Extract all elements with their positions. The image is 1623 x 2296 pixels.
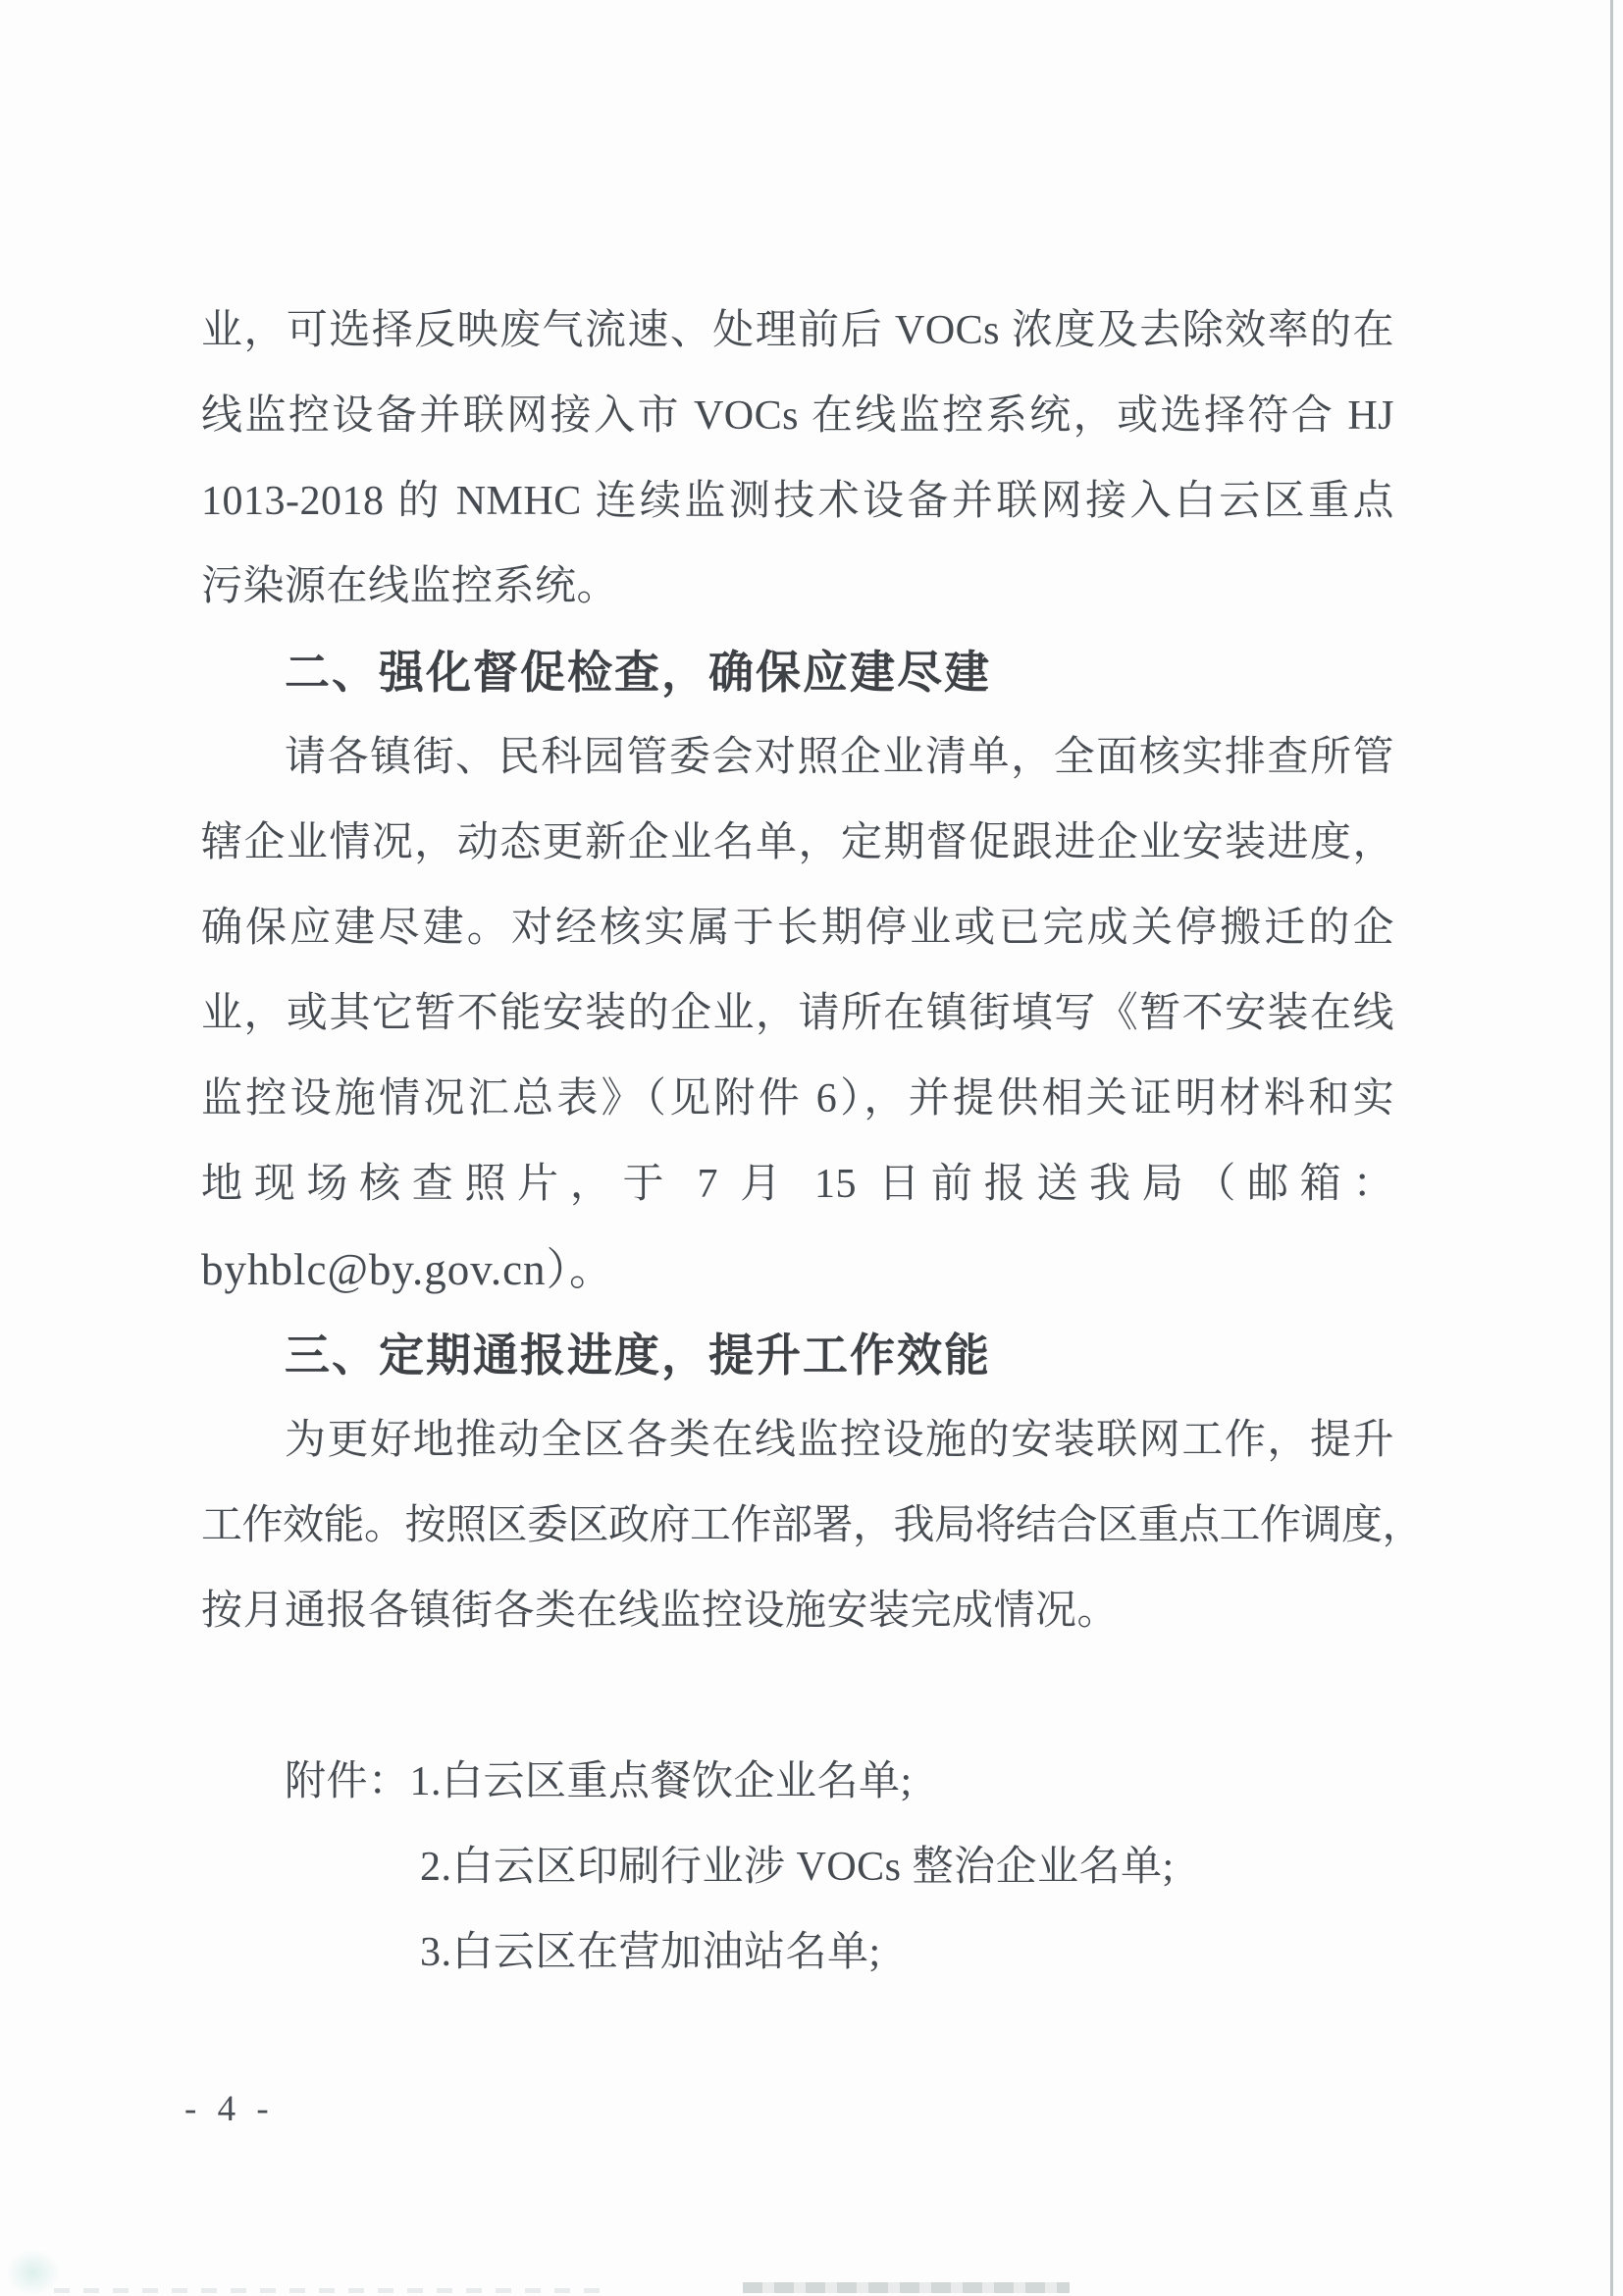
doc-line: 污染源在线监控系统。 — [201, 545, 1394, 630]
scan-edge-artifact — [1610, 0, 1613, 2296]
doc-line: 辖企业情况，动态更新企业名单，定期督促跟进企业安装进度， — [201, 801, 1394, 886]
doc-line: 业，可选择反映废气流速、处理前后 VOCs 浓度及去除效率的在 — [201, 288, 1394, 374]
doc-line: 监控设施情况汇总表》（见附件 6），并提供相关证明材料和实 — [201, 1057, 1394, 1142]
scan-smudge-artifact — [6, 2249, 60, 2296]
scan-bottom-artifact — [743, 2282, 1070, 2293]
document-body: 业，可选择反映废气流速、处理前后 VOCs 浓度及去除效率的在 线监控设备并联网… — [201, 288, 1394, 1996]
attachment-item: 3.白云区在营加油站名单; — [201, 1910, 1394, 1996]
doc-line: 1013-2018 的 NMHC 连续监测技术设备并联网接入白云区重点 — [201, 459, 1394, 545]
attachment-item: 2.白云区印刷行业涉 VOCs 整治企业名单; — [201, 1825, 1394, 1910]
doc-line: 工作效能。按照区委区政府工作部署，我局将结合区重点工作调度， — [201, 1484, 1394, 1569]
scan-bottom-artifact — [54, 2288, 603, 2293]
email-line: byhblc@by.gov.cn）。 — [201, 1227, 1394, 1313]
attachment-label-line: 附件：1.白云区重点餐饮企业名单; — [201, 1740, 1394, 1825]
page-number: - 4 - — [184, 2088, 275, 2130]
doc-line: 请各镇街、民科园管委会对照企业清单，全面核实排查所管 — [201, 715, 1394, 801]
doc-line: 线监控设备并联网接入市 VOCs 在线监控系统，或选择符合 HJ — [201, 374, 1394, 459]
section-heading-3: 三、定期通报进度，提升工作效能 — [201, 1313, 1394, 1398]
doc-line: 为更好地推动全区各类在线监控设施的安装联网工作，提升 — [201, 1398, 1394, 1484]
section-heading-2: 二、强化督促检查，确保应建尽建 — [201, 630, 1394, 715]
doc-line: 地现场核查照片，于 7 月 15 日前报送我局（邮箱： — [201, 1142, 1394, 1227]
doc-line: 确保应建尽建。对经核实属于长期停业或已完成关停搬迁的企 — [201, 886, 1394, 971]
doc-line: 业，或其它暂不能安装的企业，请所在镇街填写《暂不安装在线 — [201, 971, 1394, 1057]
doc-line: 按月通报各镇街各类在线监控设施安装完成情况。 — [201, 1569, 1394, 1654]
blank-line — [201, 1654, 1394, 1740]
scanned-document-page: 业，可选择反映废气流速、处理前后 VOCs 浓度及去除效率的在 线监控设备并联网… — [0, 0, 1623, 2296]
